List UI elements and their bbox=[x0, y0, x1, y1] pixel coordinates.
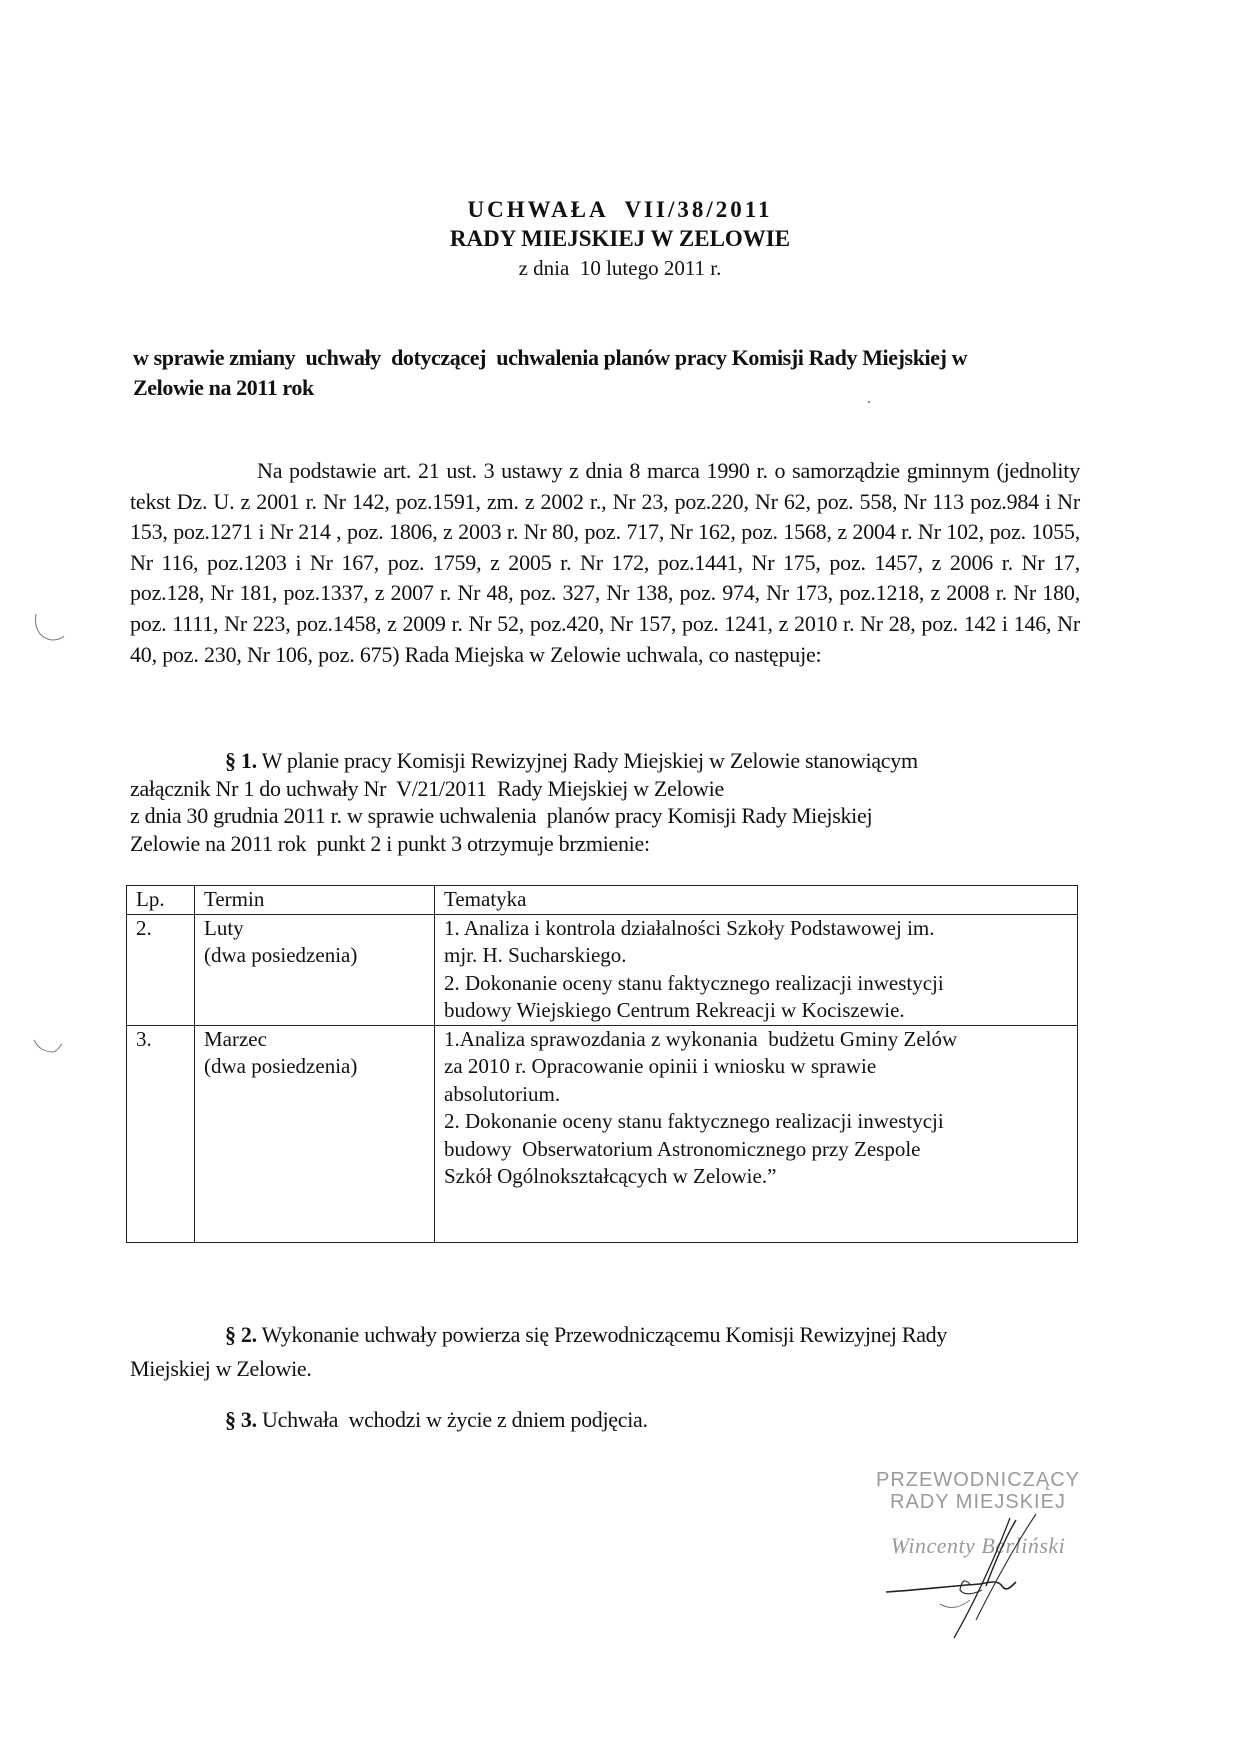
topic-line: mjr. H. Sucharskiego. bbox=[444, 942, 1069, 970]
section-2-text: Wykonanie uchwały powierza się Przewodni… bbox=[262, 1322, 947, 1347]
table-row: 3. Marzec (dwa posiedzenia) 1.Analiza sp… bbox=[127, 1025, 1078, 1242]
topic-line: budowy Wiejskiego Centrum Rekreacji w Ko… bbox=[444, 997, 1069, 1025]
stamp-line-1: PRZEWODNICZĄCY bbox=[858, 1469, 1098, 1491]
section-1-line-1: § 1. W planie pracy Komisji Rewizyjnej R… bbox=[130, 747, 1090, 775]
cell-lp: 3. bbox=[127, 1025, 195, 1242]
resolution-date: z dnia 10 lutego 2011 r. bbox=[0, 256, 1240, 281]
scan-speck bbox=[868, 401, 870, 403]
signature-icon bbox=[870, 1500, 1070, 1640]
section-3-text: Uchwała wchodzi w życie z dniem podjęcia… bbox=[262, 1407, 648, 1432]
cell-tematyka: 1.Analiza sprawozdania z wykonania budże… bbox=[435, 1025, 1078, 1242]
section-2-mark: § 2. bbox=[225, 1322, 257, 1347]
topic-line: absolutorium. bbox=[444, 1081, 1069, 1109]
section-1: § 1. W planie pracy Komisji Rewizyjnej R… bbox=[130, 747, 1090, 857]
cell-lp: 2. bbox=[127, 914, 195, 1025]
header-termin: Termin bbox=[195, 886, 435, 915]
section-1-text: W planie pracy Komisji Rewizyjnej Rady M… bbox=[262, 748, 918, 773]
cell-termin: Marzec (dwa posiedzenia) bbox=[195, 1025, 435, 1242]
termin-note: (dwa posiedzenia) bbox=[204, 1053, 426, 1081]
topic-line: 1. Analiza i kontrola działalności Szkoł… bbox=[444, 915, 1069, 943]
resolution-issuer: RADY MIEJSKIEJ W ZELOWIE bbox=[0, 226, 1240, 252]
section-3-mark: § 3. bbox=[225, 1407, 257, 1432]
section-1-line-3: z dnia 30 grudnia 2011 r. w sprawie uchw… bbox=[130, 802, 1090, 830]
section-1-mark: § 1. bbox=[225, 748, 257, 773]
header-lp: Lp. bbox=[127, 886, 195, 915]
topic-line: budowy Obserwatorium Astronomicznego prz… bbox=[444, 1136, 1069, 1164]
termin-month: Marzec bbox=[204, 1026, 426, 1054]
section-1-line-4: Zelowie na 2011 rok punkt 2 i punkt 3 ot… bbox=[130, 830, 1090, 858]
punch-hole-mark-icon bbox=[30, 1020, 70, 1060]
table-header-row: Lp. Termin Tematyka bbox=[127, 886, 1078, 915]
section-3: § 3. Uchwała wchodzi w życie z dniem pod… bbox=[130, 1405, 1090, 1435]
topic-line: za 2010 r. Opracowanie opinii i wniosku … bbox=[444, 1053, 1069, 1081]
topic-line: 1.Analiza sprawozdania z wykonania budże… bbox=[444, 1026, 1069, 1054]
cell-termin: Luty (dwa posiedzenia) bbox=[195, 914, 435, 1025]
legal-basis-paragraph: Na podstawie art. 21 ust. 3 ustawy z dni… bbox=[130, 456, 1080, 670]
topic-line: 2. Dokonanie oceny stanu faktycznego rea… bbox=[444, 970, 1069, 998]
termin-note: (dwa posiedzenia) bbox=[204, 942, 426, 970]
resolution-title: UCHWAŁA VII/38/2011 bbox=[0, 197, 1240, 223]
table-row: 2. Luty (dwa posiedzenia) 1. Analiza i k… bbox=[127, 914, 1078, 1025]
legal-basis-text: Na podstawie art. 21 ust. 3 ustawy z dni… bbox=[130, 458, 1080, 667]
topic-line: Szkół Ogólnokształcących w Zelowie.” bbox=[444, 1163, 1069, 1191]
work-plan-table: Lp. Termin Tematyka 2. Luty (dwa posiedz… bbox=[126, 885, 1078, 1243]
header-tematyka: Tematyka bbox=[435, 886, 1078, 915]
termin-month: Luty bbox=[204, 915, 426, 943]
section-2: § 2. Wykonanie uchwały powierza się Prze… bbox=[130, 1318, 1090, 1386]
section-2-line-1: § 2. Wykonanie uchwały powierza się Prze… bbox=[130, 1318, 1090, 1352]
topic-line: 2. Dokonanie oceny stanu faktycznego rea… bbox=[444, 1108, 1069, 1136]
resolution-subject: w sprawie zmiany uchwały dotyczącej uchw… bbox=[133, 343, 1013, 403]
section-2-line-2: Miejskiej w Zelowie. bbox=[130, 1352, 1090, 1386]
cell-tematyka: 1. Analiza i kontrola działalności Szkoł… bbox=[435, 914, 1078, 1025]
punch-hole-mark-icon bbox=[30, 608, 70, 648]
section-1-line-2: załącznik Nr 1 do uchwały Nr V/21/2011 R… bbox=[130, 775, 1090, 803]
